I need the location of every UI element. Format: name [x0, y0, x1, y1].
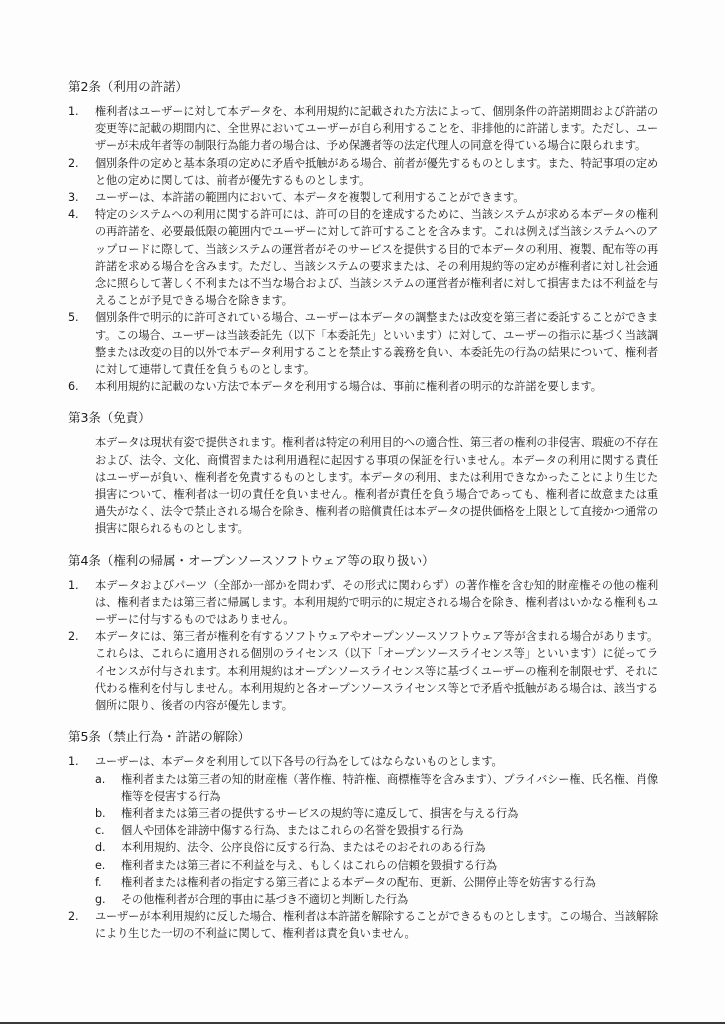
article-5: 第5条（禁止行為・許諾の解除） 1. ユーザーは、本データを利用して以下各号の行…: [68, 728, 658, 942]
list-item-text: 本データには、第三者が権利を有するソフトウェアやオープンソースソフトウェア等が含…: [95, 628, 658, 714]
article-4: 第4条（権利の帰属・オープンソースソフトウェア等の取り扱い） 1.本データおよび…: [68, 552, 658, 715]
sublist-item: g.その他権利者が合理的事由に基づき不適切と判断した行為: [95, 891, 658, 908]
sublist-item: c.個人や団体を誹謗中傷する行為、またはこれらの名誉を毀損する行為: [95, 822, 658, 839]
list-item-text: ユーザーは、本許諾の範囲内において、本データを複製して利用することができます。: [95, 189, 658, 206]
list-item-text: 個別条件で明示的に許可されている場合、ユーザーは本データの調整または改変を第三者…: [95, 309, 658, 378]
list-item-text: 本データおよびパーツ（全部か一部かを問わず、その形式に関わらず）の著作権を含む知…: [95, 577, 658, 629]
list-marker: 1.: [68, 577, 92, 594]
sublist-item-text: 権利者または権利者の指定する第三者による本データの配布、更新、公開停止等を妨害す…: [121, 874, 658, 891]
sublist-item-text: 権利者または第三者の知的財産権（著作権、特許権、商標権等を含みます）、プライバシ…: [121, 771, 658, 805]
list-item-text: 権利者はユーザーに対して本データを、本利用規約に記載された方法によって、個別条件…: [95, 103, 658, 155]
list-item-text: 本利用規約に記載のない方法で本データを利用する場合は、事前に権利者の明示的な許諾…: [95, 378, 658, 395]
list-item: 3.ユーザーは、本許諾の範囲内において、本データを複製して利用することができます…: [68, 189, 658, 206]
sublist-item-text: 権利者または第三者の提供するサービスの規約等に違反して、損害を与える行為: [121, 805, 658, 822]
document-page: 第2条（利用の許諾） 1.権利者はユーザーに対して本データを、本利用規約に記載さ…: [68, 78, 658, 957]
list-item: 1.権利者はユーザーに対して本データを、本利用規約に記載された方法によって、個別…: [68, 103, 658, 155]
sublist-item: f.権利者または権利者の指定する第三者による本データの配布、更新、公開停止等を妨…: [95, 874, 658, 891]
list-marker: 6.: [68, 378, 92, 395]
article-2-heading: 第2条（利用の許諾）: [68, 78, 658, 96]
list-item: 2.ユーザーが本利用規約に反した場合、権利者は本許諾を解除することができるものと…: [68, 908, 658, 942]
list-item: 1.本データおよびパーツ（全部か一部かを問わず、その形式に関わらず）の著作権を含…: [68, 577, 658, 629]
list-item-text: 個別条件の定めと基本条項の定めに矛盾や抵触がある場合、前者が優先するものとします…: [95, 155, 658, 189]
list-item: 2.個別条件の定めと基本条項の定めに矛盾や抵触がある場合、前者が優先するものとし…: [68, 155, 658, 189]
article-4-heading: 第4条（権利の帰属・オープンソースソフトウェア等の取り扱い）: [68, 552, 658, 570]
article-2: 第2条（利用の許諾） 1.権利者はユーザーに対して本データを、本利用規約に記載さ…: [68, 78, 658, 395]
list-item: 1. ユーザーは、本データを利用して以下各号の行為をしてはならないものとします。…: [68, 753, 658, 908]
list-marker: 2.: [68, 155, 92, 172]
sublist-item-text: 個人や団体を誹謗中傷する行為、またはこれらの名誉を毀損する行為: [121, 822, 658, 839]
sublist-marker: c.: [95, 822, 119, 839]
prohibited-acts-list: a.権利者または第三者の知的財産権（著作権、特許権、商標権等を含みます）、プライ…: [95, 771, 658, 909]
article-3-heading: 第3条（免責）: [68, 409, 658, 427]
list-marker: 3.: [68, 189, 92, 206]
list-marker: 5.: [68, 309, 92, 326]
sublist-item-text: 権利者または第三者に不利益を与え、もしくはこれらの信頼を毀損する行為: [121, 857, 658, 874]
sublist-item: a.権利者または第三者の知的財産権（著作権、特許権、商標権等を含みます）、プライ…: [95, 771, 658, 805]
list-item: 2.本データには、第三者が権利を有するソフトウェアやオープンソースソフトウェア等…: [68, 628, 658, 714]
list-item-text: ユーザーが本利用規約に反した場合、権利者は本許諾を解除することができるものとしま…: [95, 908, 658, 942]
sublist-item: d.本利用規約、法令、公序良俗に反する行為、またはそのおそれのある行為: [95, 839, 658, 856]
list-item: 4.特定のシステムへの利用に関する許可には、許可の目的を達成するために、当該シス…: [68, 206, 658, 309]
sublist-marker: e.: [95, 857, 119, 874]
sublist-marker: a.: [95, 771, 119, 788]
list-marker: 2.: [68, 908, 92, 925]
list-item: 6.本利用規約に記載のない方法で本データを利用する場合は、事前に権利者の明示的な…: [68, 378, 658, 395]
sublist-item: e.権利者または第三者に不利益を与え、もしくはこれらの信頼を毀損する行為: [95, 857, 658, 874]
sublist-marker: f.: [95, 874, 119, 891]
sublist-marker: g.: [95, 891, 119, 908]
article-5-heading: 第5条（禁止行為・許諾の解除）: [68, 728, 658, 746]
list-item: 5.個別条件で明示的に許可されている場合、ユーザーは本データの調整または改変を第…: [68, 309, 658, 378]
sublist-marker: b.: [95, 805, 119, 822]
list-marker: 1.: [68, 103, 92, 120]
list-marker: 1.: [68, 753, 92, 770]
sublist-marker: d.: [95, 839, 119, 856]
list-item-text: ユーザーは、本データを利用して以下各号の行為をしてはならないものとします。: [95, 753, 658, 770]
sublist-item-text: 本利用規約、法令、公序良俗に反する行為、またはそのおそれのある行為: [121, 839, 658, 856]
list-marker: 2.: [68, 628, 92, 645]
article-5-list: 1. ユーザーは、本データを利用して以下各号の行為をしてはならないものとします。…: [68, 753, 658, 942]
article-2-list: 1.権利者はユーザーに対して本データを、本利用規約に記載された方法によって、個別…: [68, 103, 658, 395]
list-item-text: 特定のシステムへの利用に関する許可には、許可の目的を達成するために、当該システム…: [95, 206, 658, 309]
list-marker: 4.: [68, 206, 92, 223]
sublist-item: b.権利者または第三者の提供するサービスの規約等に違反して、損害を与える行為: [95, 805, 658, 822]
article-3-paragraph: 本データは現状有姿で提供されます。権利者は特定の利用目的への適合性、第三者の権利…: [68, 434, 658, 537]
article-3: 第3条（免責） 本データは現状有姿で提供されます。権利者は特定の利用目的への適合…: [68, 409, 658, 537]
article-4-list: 1.本データおよびパーツ（全部か一部かを問わず、その形式に関わらず）の著作権を含…: [68, 577, 658, 715]
sublist-item-text: その他権利者が合理的事由に基づき不適切と判断した行為: [121, 891, 658, 908]
